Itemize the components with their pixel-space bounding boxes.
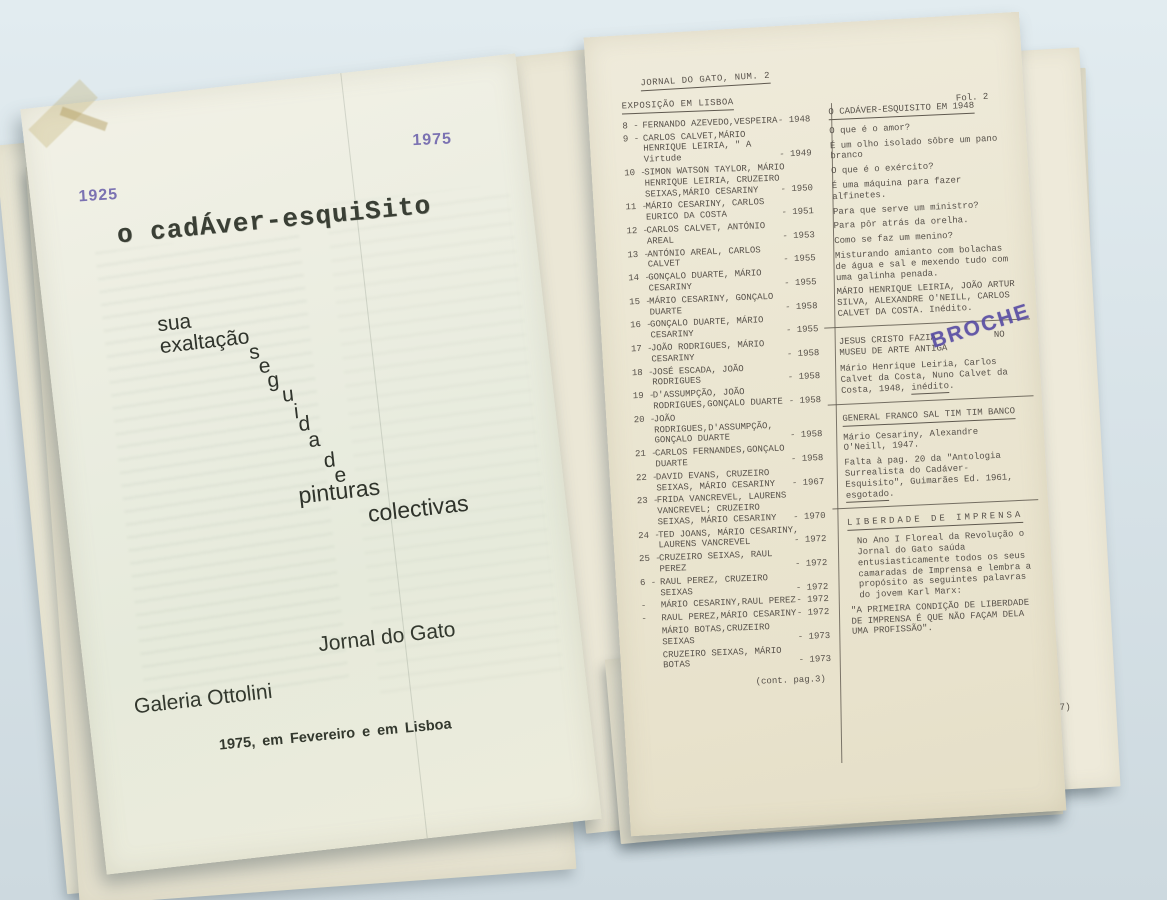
item-year: - 1972 — [797, 607, 830, 619]
item-year: - 1967 — [792, 477, 825, 489]
item-year: - 1958 — [789, 395, 822, 407]
underlined-word: inédito — [911, 381, 949, 395]
seguida-letter: g — [266, 368, 280, 393]
item-number: 24 - — [638, 530, 660, 542]
item-year: - 1958 — [788, 371, 821, 383]
list-item: 20 - JOÃO RODRIGUES,D'ASSUMPÇÃO, GONÇALO… — [634, 408, 823, 448]
item-year: - 1973 — [799, 654, 832, 666]
masthead: JORNAL DO GATO, NUM. 2 — [640, 71, 770, 91]
item-year: - 1972 — [794, 534, 827, 546]
stamp-1925: 1925 — [78, 186, 119, 206]
list-item: 10 - SIMON WATSON TAYLOR, MÁRIO HENRIQUE… — [624, 161, 813, 201]
item-year: - 1955 — [784, 277, 817, 289]
section-body: Falta à pag. 20 da "Antologia Surrealist… — [844, 450, 1028, 501]
item-number: 10 - — [624, 168, 646, 180]
item-year: - 1948 — [778, 114, 811, 126]
cover-page: 1925 1975 o cadÁver-esquiSito sua exalta… — [20, 53, 601, 874]
item-number: 15 - — [629, 296, 651, 308]
cover-title: o cadÁver-esquiSito — [116, 191, 433, 251]
item-number: 23 - — [637, 496, 659, 508]
item-year: - 1970 — [793, 511, 826, 523]
item-year: - 1949 — [779, 148, 812, 160]
item-year: - 1972 — [796, 582, 829, 594]
de-diagonal-word: de — [20, 53, 515, 109]
section-heading: O CADÁVER-ESQUISITO EM 1948 — [828, 101, 974, 120]
item-number: 17 - — [631, 343, 653, 355]
bleed-through-text — [95, 229, 350, 709]
credit-jornal-do-gato: Jornal do Gato — [317, 618, 457, 657]
stamp-1975: 1975 — [412, 130, 452, 150]
item-number: 19 - — [633, 391, 655, 403]
item-number: - — [641, 601, 647, 612]
item-names: JOSÉ ESCADA, JOÃO RODRIGUES — [652, 362, 794, 389]
item-number: 21 - — [635, 449, 657, 461]
item-names: DAVID EVANS, CRUZEIRO SEIXAS, MÁRIO CESA… — [656, 467, 798, 494]
item-names: MÁRIO CESARINY, GONÇALO DUARTE — [649, 291, 791, 318]
item-number: 9 - — [623, 133, 640, 144]
item-number: 8 - — [622, 121, 639, 132]
item-names: GONÇALO DUARTE, MÁRIO CESARINY — [648, 267, 790, 294]
section-rule — [828, 395, 1034, 405]
item-names: CRUZEIRO SEIXAS, MÁRIO BOTAS — [663, 645, 805, 672]
item-names: FRIDA VANCREVEL, LAURENS VANCREVEL; CRUZ… — [657, 490, 799, 528]
qa-lines: O que é o amor?É um olho isolado sôbre u… — [829, 118, 1018, 284]
item-year: - 1958 — [791, 453, 824, 465]
item-number: 16 - — [630, 320, 652, 332]
item-number: - — [641, 614, 647, 625]
item-year: - 1958 — [787, 348, 820, 360]
qa-line: Misturando amianto com bolachas de água … — [835, 243, 1018, 284]
item-names: JOÃO RODRIGUES,D'ASSUMPÇÃO, GONÇALO DUAR… — [654, 409, 796, 447]
section-body: Mário Cesariny, Alexandre O'Neill, 1947. — [843, 424, 1026, 454]
item-year: - 1972 — [795, 558, 828, 570]
item-names: MÁRIO CESARINY, CARLOS EURICO DA COSTA — [645, 197, 787, 224]
list-item: 23 - FRIDA VANCREVEL, LAURENS VANCREVEL;… — [637, 489, 826, 529]
right-column: O CADÁVER-ESQUISITO EM 1948 O que é o am… — [828, 99, 1034, 642]
newsletter-page: JORNAL DO GATO, NUM. 2 Fol. 2 EXPOSIÇÃO … — [584, 12, 1067, 836]
exposition-list: 8 - FERNANDO AZEVEDO,VESPEIRA - 1948 9 -… — [622, 114, 831, 672]
continuation-note: (cont. pag.3) — [644, 674, 832, 692]
section-liberdade: LIBERDADE DE IMPRENSA No Ano I Floreal d… — [847, 510, 1034, 638]
item-number: 20 - — [634, 414, 656, 426]
item-number: 13 - — [627, 249, 649, 261]
item-year: - 1958 — [790, 429, 823, 441]
section-heading: GENERAL FRANCO SAL TIM TIM BANCO — [842, 406, 1015, 427]
qa-line: É um olho isolado sôbre um pano branco — [830, 133, 1013, 163]
item-names: CARLOS CALVET, ANTÓNIO AREAL — [646, 220, 788, 247]
left-column: EXPOSIÇÃO EM LISBOA 8 - FERNANDO AZEVEDO… — [622, 94, 833, 692]
qa-line: É uma máquina para fazer alfinetes. — [832, 173, 1015, 203]
item-number: 14 - — [628, 273, 650, 285]
subtitle-word: colectivas — [367, 490, 470, 528]
item-number: 12 - — [626, 226, 648, 238]
item-year: - 1972 — [796, 594, 829, 606]
item-names: MÁRIO BOTAS,CRUZEIRO SEIXAS — [662, 621, 804, 648]
section-general-franco: GENERAL FRANCO SAL TIM TIM BANCO Mário C… — [842, 405, 1028, 501]
item-names: SIMON WATSON TAYLOR, MÁRIO HENRIQUE LEIR… — [644, 162, 786, 200]
list-item: 9 - CARLOS CALVET,MÁRIO HENRIQUE LEIRIA,… — [623, 127, 812, 167]
item-year: - 1958 — [785, 301, 818, 313]
item-names: GONÇALO DUARTE, MÁRIO CESARINY — [650, 315, 792, 342]
list-item: CRUZEIRO SEIXAS, MÁRIO BOTAS - 1973 — [643, 644, 832, 673]
underlined-word: esgotado — [846, 488, 890, 502]
item-year: - 1955 — [783, 254, 816, 266]
item-names: TED JOANS, MÁRIO CESARINY, LAURENS VANCR… — [658, 525, 800, 552]
section-cadaver-1948: O CADÁVER-ESQUISITO EM 1948 O que é o am… — [828, 99, 1019, 320]
section-jesus-cristo: BROCHE JESUS CRISTO FAZIA NO MUSEU DE AR… — [839, 329, 1024, 397]
exposicao-heading: EXPOSIÇÃO EM LISBOA — [622, 97, 735, 114]
section-body: "A PRIMEIRA CONDIÇÃO DE LIBERDADE DE IMP… — [851, 597, 1034, 638]
section-body: No Ano I Floreal da Revolução o Jornal d… — [848, 529, 1033, 602]
item-names: ANTÓNIO AREAL, CARLOS CALVET — [647, 244, 789, 271]
item-year: - 1973 — [798, 631, 831, 643]
item-names: JOÃO RODRIGUES, MÁRIO CESARINY — [651, 338, 793, 365]
item-year: - 1951 — [781, 206, 814, 218]
item-number: 6 - — [640, 577, 657, 588]
item-year: - 1955 — [786, 324, 819, 336]
item-names: CRUZEIRO SEIXAS, RAUL PEREZ — [659, 548, 801, 575]
item-number: 22 - — [636, 472, 658, 484]
item-names: CARLOS CALVET,MÁRIO HENRIQUE LEIRIA, " A… — [643, 128, 785, 166]
item-year: - 1950 — [780, 183, 813, 195]
item-number: 11 - — [625, 202, 647, 214]
item-names: CARLOS FERNANDES,GONÇALO DUARTE — [655, 443, 797, 470]
section-body: Mário Henrique Leiria, Carlos Calvet da … — [840, 356, 1023, 397]
item-number: 25 - — [639, 554, 661, 566]
item-number: 18 - — [632, 367, 654, 379]
item-names: D'ASSUMPÇÃO, JOÃO RODRIGUES,GONÇALO DUAR… — [653, 385, 795, 412]
item-year: - 1953 — [782, 230, 815, 242]
seguida-diagonal-word: seguida — [20, 53, 515, 109]
section-heading: LIBERDADE DE IMPRENSA — [847, 510, 1024, 531]
credit-galeria-ottolini: Galeria Ottolini — [133, 680, 274, 719]
seguida-letter: a — [307, 428, 321, 453]
